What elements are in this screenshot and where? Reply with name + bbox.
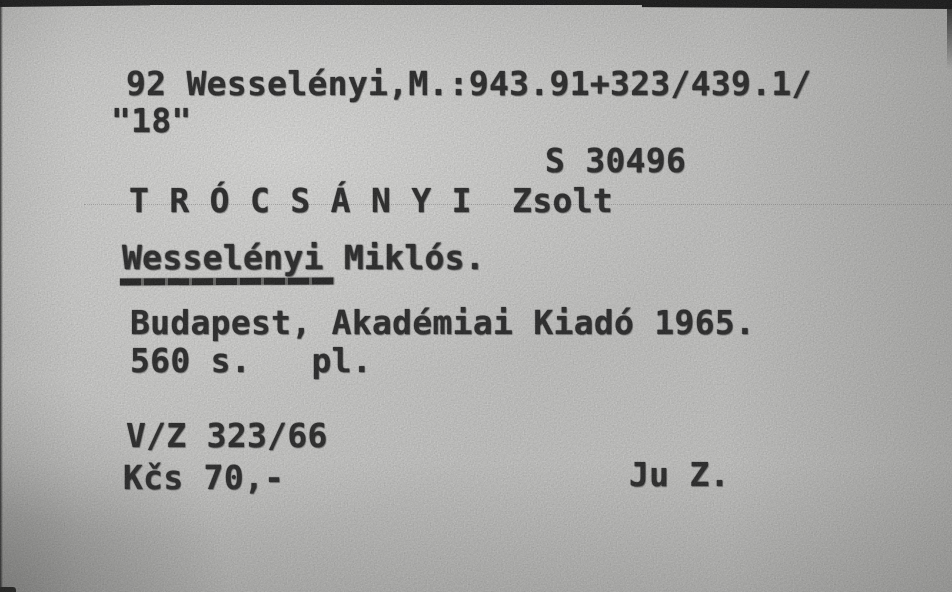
price-line: Kčs 70,- <box>123 461 284 494</box>
title-underline <box>120 277 334 285</box>
title-line: Wesselényi Miklós. <box>122 241 485 274</box>
catalog-card-photo: 92 Wesselényi,M.:943.91+323/439.1/ "18" … <box>0 0 952 592</box>
cataloguer-initials: Ju Z. <box>629 458 730 491</box>
accession-number: S 30496 <box>545 144 686 177</box>
photo-edge-left <box>0 0 3 592</box>
photo-edge-bottom-left <box>0 587 16 592</box>
udc-call-number: 92 Wesselényi,M.:943.91+323/439.1/ <box>126 67 812 100</box>
photo-edge-right <box>947 0 952 70</box>
author-line: T R Ó C S Á N Y I Zsolt <box>129 184 613 217</box>
imprint-line: Budapest, Akadémiai Kiadó 1965. <box>130 306 755 339</box>
collation-line: 560 s. pl. <box>130 344 372 377</box>
udc-call-number-2: "18" <box>111 104 192 137</box>
inventory-number: V/Z 323/66 <box>126 419 328 452</box>
